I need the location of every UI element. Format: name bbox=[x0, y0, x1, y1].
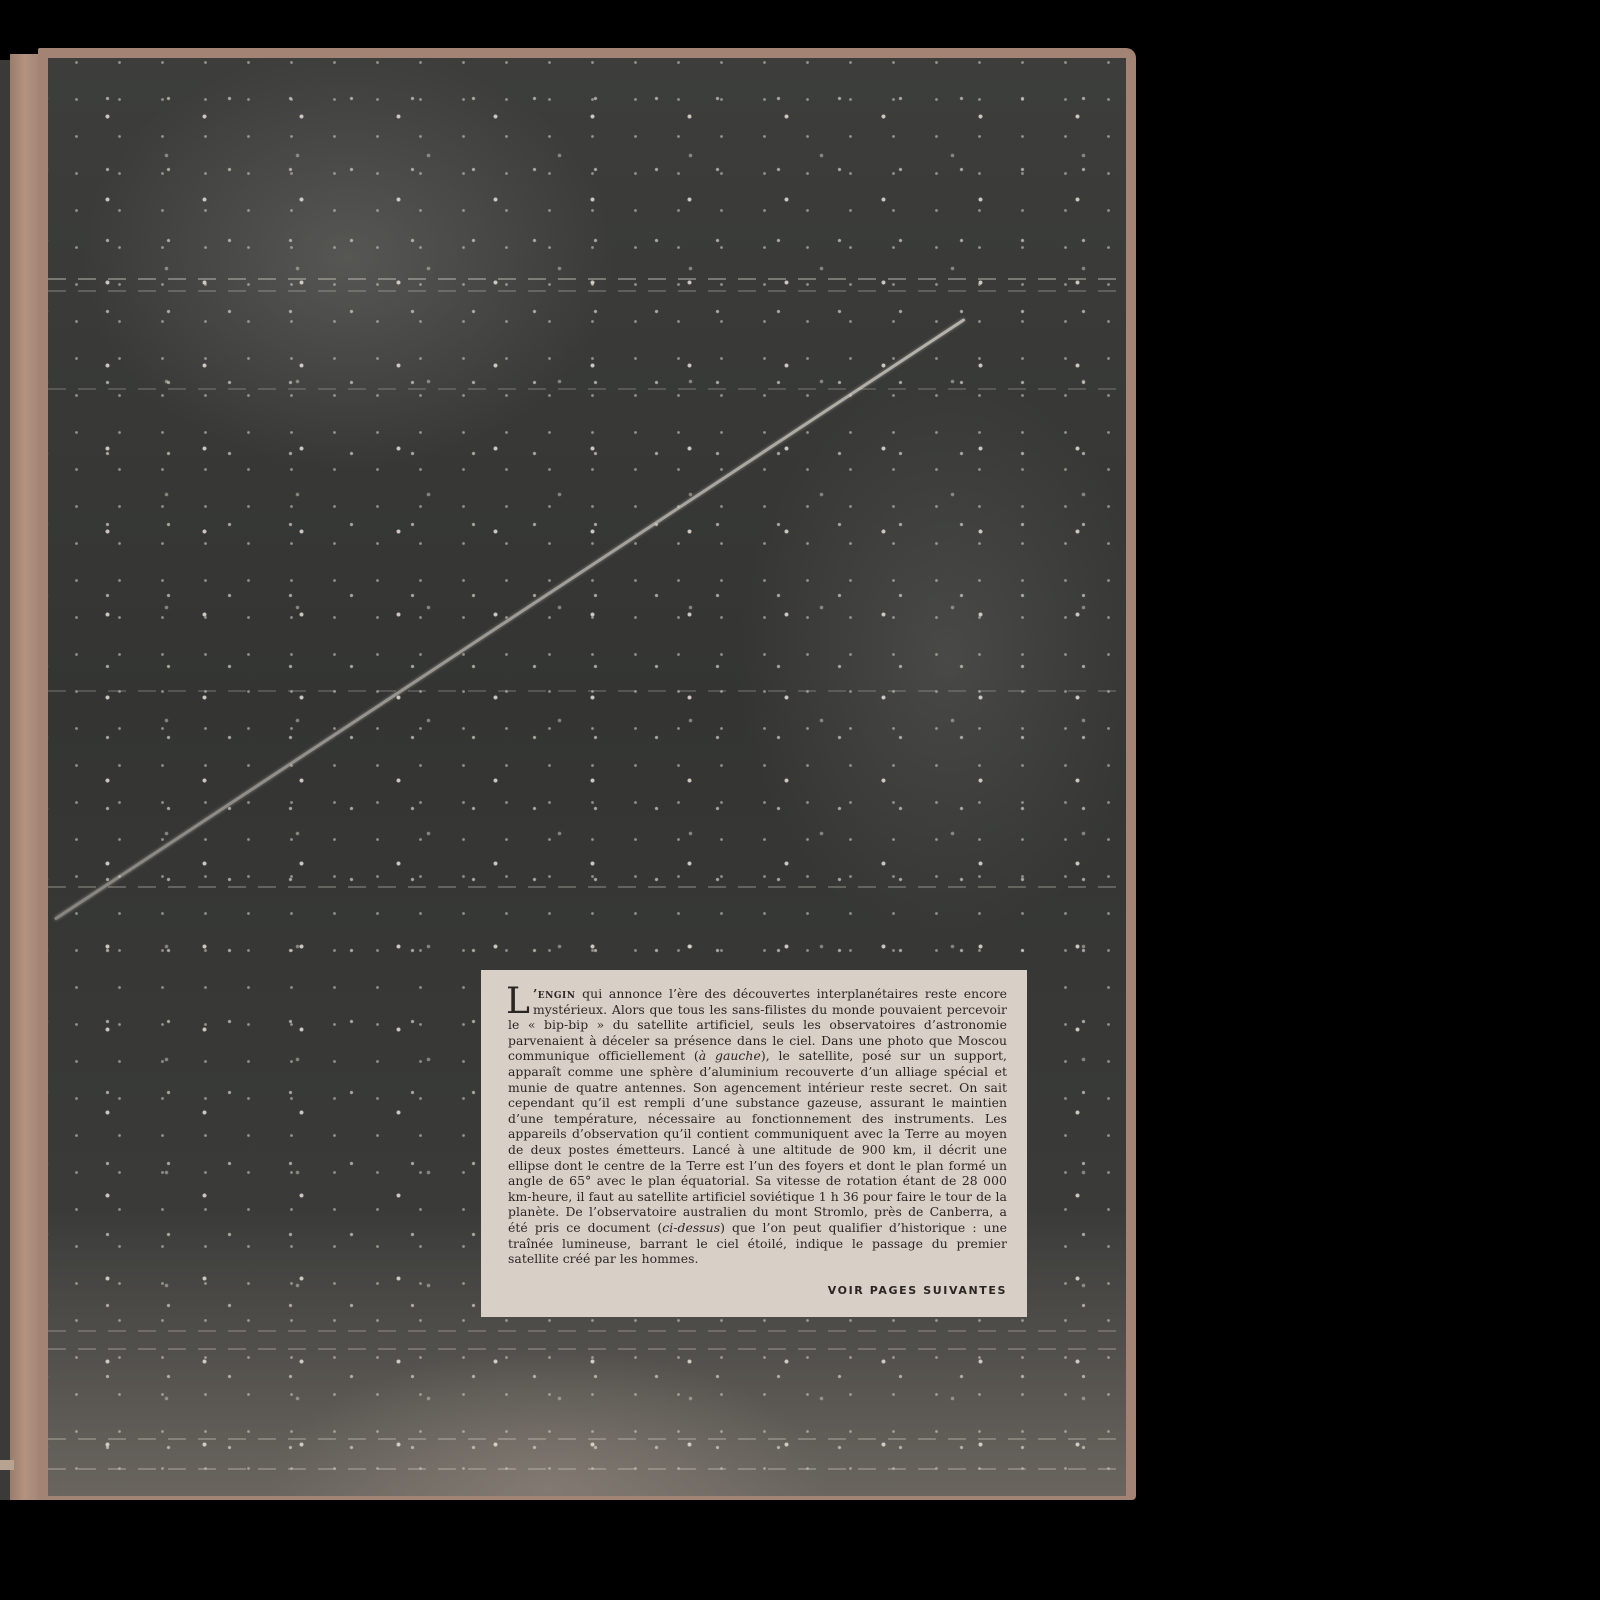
caption-paragraph: L’engin qui annonce l’ère des découverte… bbox=[508, 986, 1007, 1267]
spine-mark bbox=[0, 1460, 14, 1470]
see-next-pages-label: VOIR PAGES SUIVANTES bbox=[828, 1284, 1007, 1297]
caption-italic-2: ci-dessus bbox=[662, 1220, 720, 1235]
caption-italic-1: à gauche bbox=[699, 1048, 761, 1063]
scan-line bbox=[48, 290, 1126, 292]
scan-line bbox=[48, 278, 1126, 280]
drop-cap: L bbox=[506, 988, 530, 1016]
scan-line bbox=[48, 1438, 1126, 1440]
scan-line bbox=[48, 1468, 1126, 1470]
scan-line bbox=[48, 1348, 1126, 1350]
caption-text-2: ), le satellite, posé sur un support, ap… bbox=[508, 1048, 1007, 1235]
caption-box: L’engin qui annonce l’ère des découverte… bbox=[481, 970, 1027, 1317]
scan-line bbox=[48, 388, 1126, 390]
scan-line bbox=[48, 690, 1126, 692]
scan-line bbox=[48, 1330, 1126, 1332]
caption-lead: ’engin bbox=[533, 986, 576, 1001]
scan-line bbox=[48, 886, 1126, 888]
